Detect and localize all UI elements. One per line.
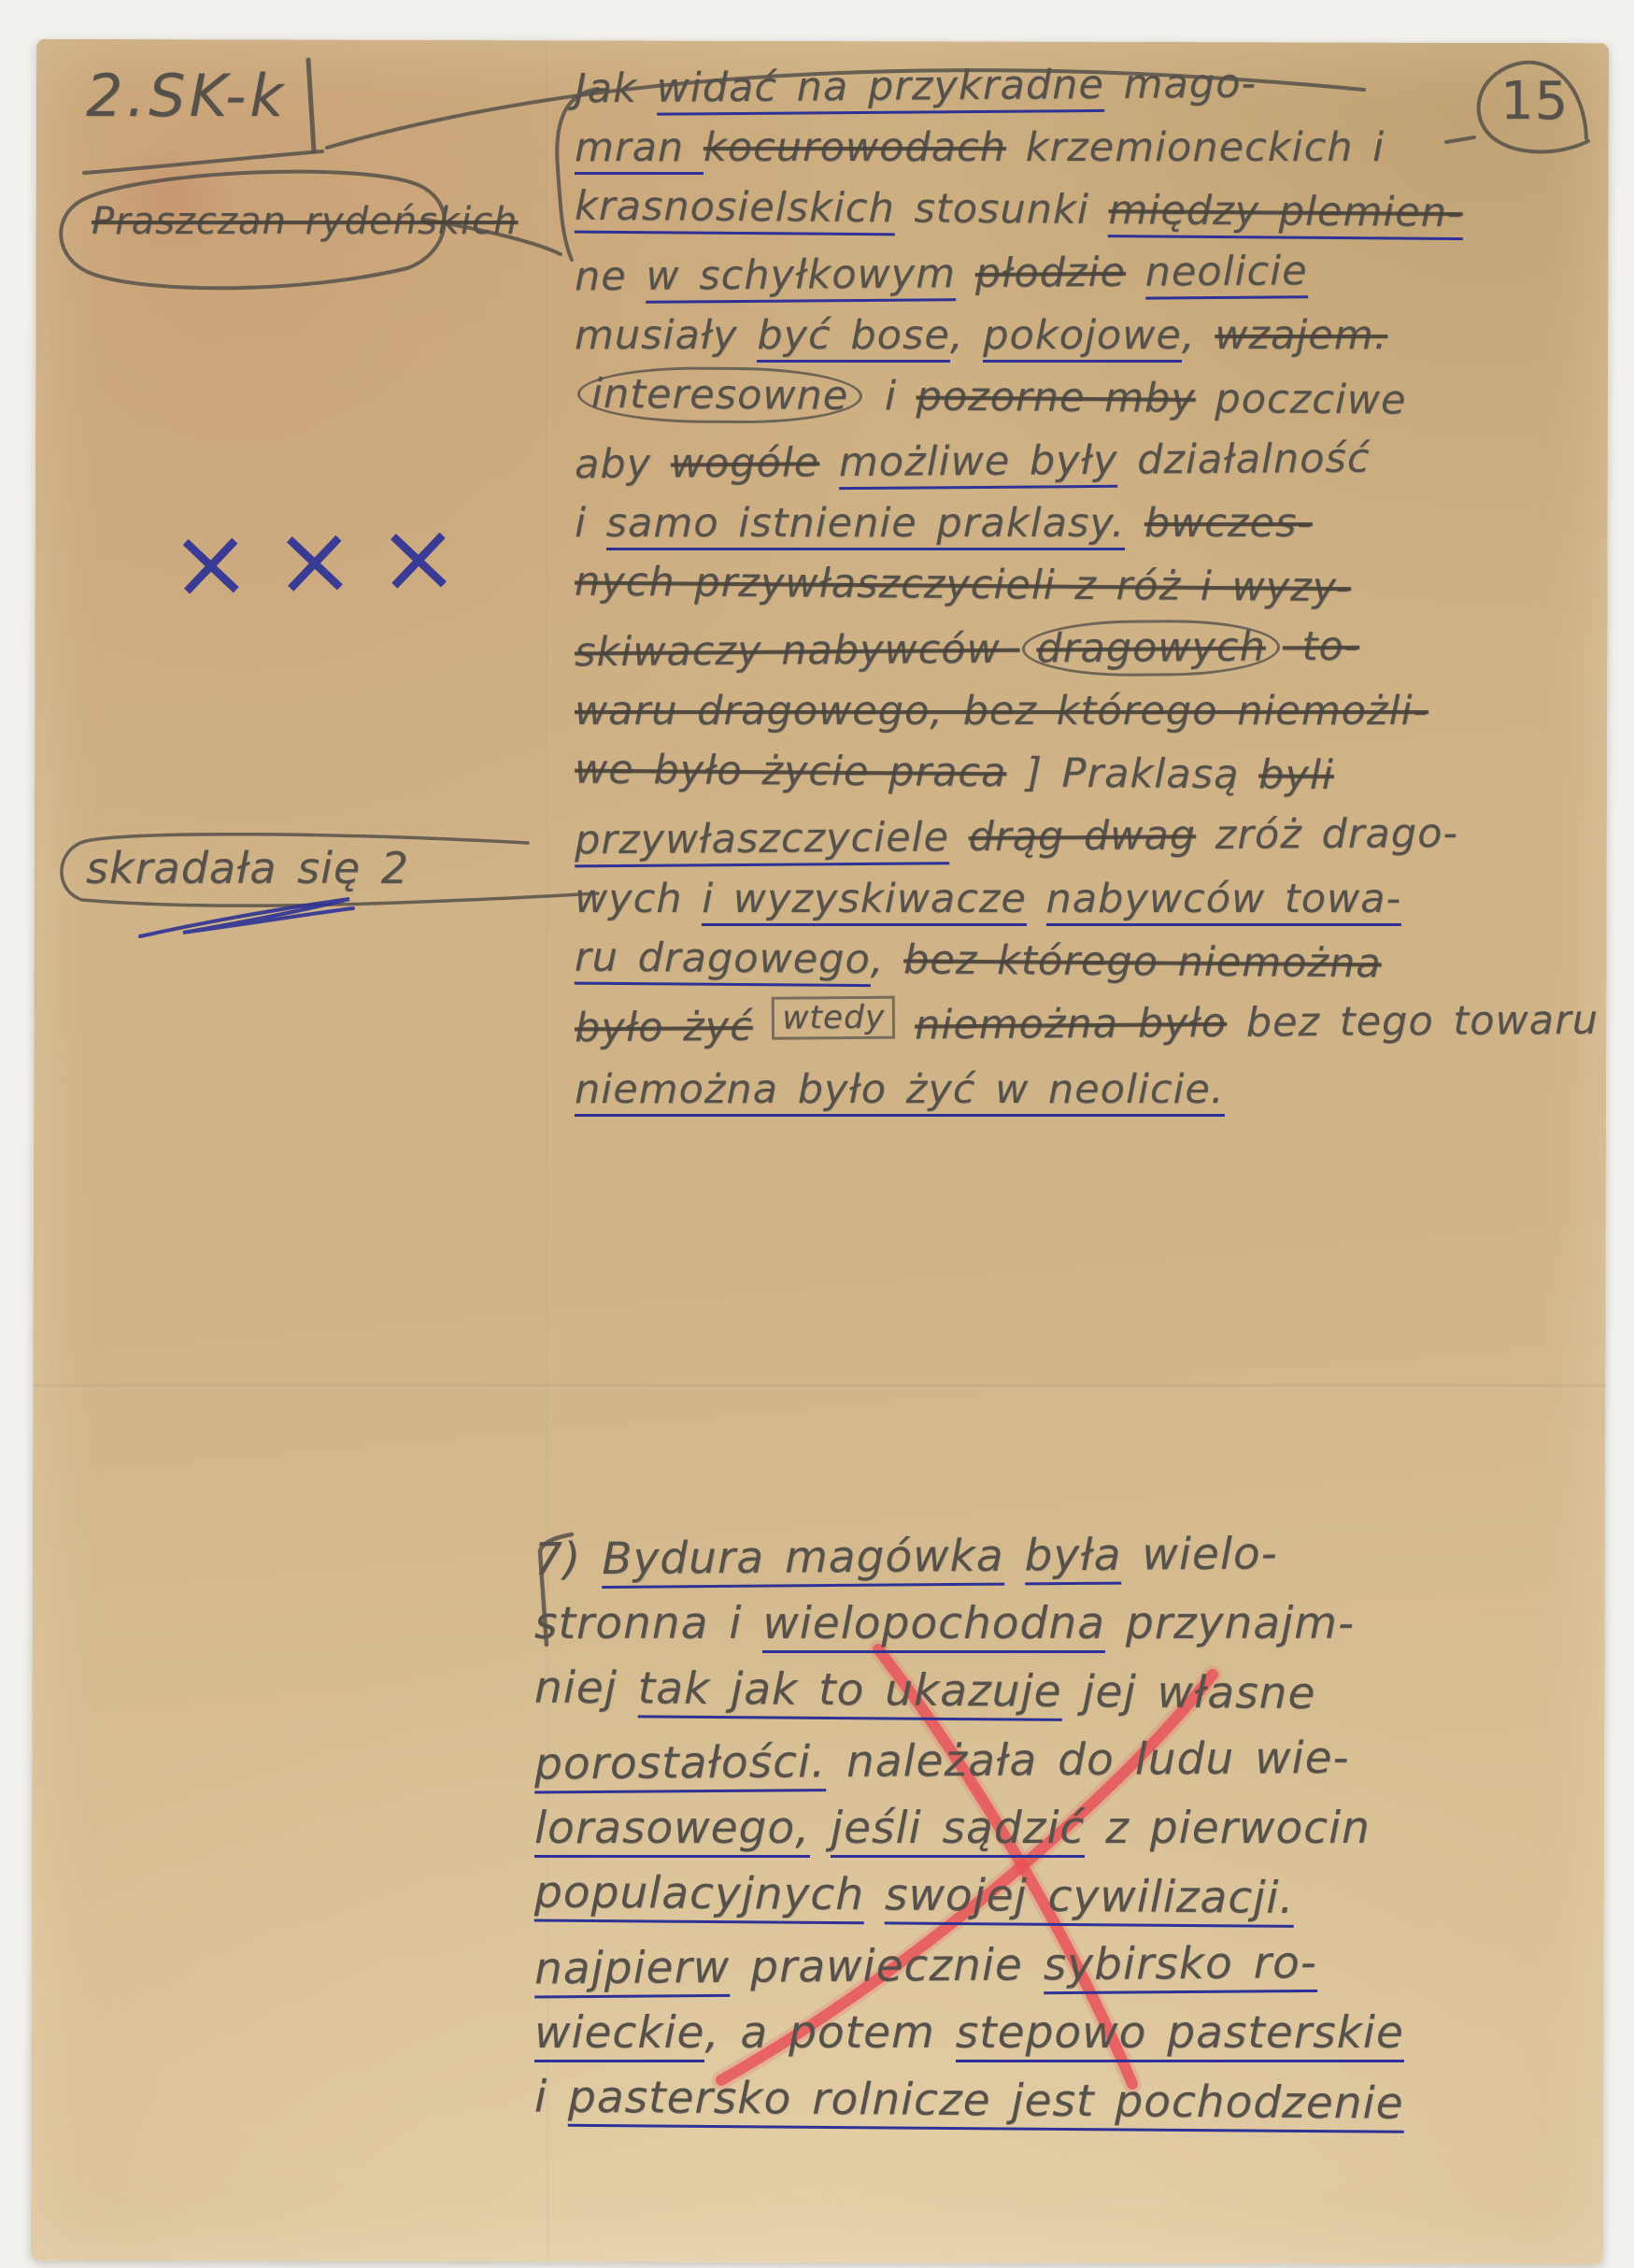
handwritten-segment: i — [534, 2071, 568, 2122]
struck-heading: Praszczan rydeńskich — [92, 200, 518, 243]
handwritten-segment: populacyjnych — [534, 1866, 864, 1924]
handwritten-segment: jej własne — [1061, 1666, 1315, 1719]
handwritten-segment: niej — [534, 1662, 638, 1714]
handwritten-segment: neolicie — [1144, 248, 1307, 299]
handwritten-line: Jak widać na przykradne mago- — [575, 50, 1613, 121]
handwritten-line: krasnosielskich stosunki między plemien- — [575, 176, 1613, 247]
handwritten-segment — [1003, 1530, 1024, 1581]
handwritten-segment: wieckie — [534, 2007, 704, 2062]
handwritten-segment: mago- — [1104, 61, 1257, 108]
handwritten-segment: prawiecznie — [730, 1939, 1044, 1993]
handwritten-segment: nabywców towa- — [1046, 876, 1402, 926]
handwritten-segment: swojej cywilizacji. — [885, 1869, 1295, 1927]
handwritten-segment: poczciwe — [1196, 376, 1407, 424]
handwritten-line: najpierw prawiecznie sybirsko ro- — [534, 1926, 1614, 2003]
handwritten-line: wych i wyzyskiwacze nabywców towa- — [575, 868, 1613, 931]
handwritten-segment: stronna i — [534, 1598, 762, 1649]
handwritten-segment: między plemien- — [1108, 187, 1462, 240]
handwritten-segment: drąg dwag — [968, 812, 1196, 861]
handwritten-segment: widać na przykradne — [656, 62, 1104, 116]
handwritten-segment: wych — [575, 876, 702, 922]
handwritten-segment: ] Praklasą — [1006, 749, 1258, 798]
handwritten-segment: pastersko rolnicze jest pochodzenie — [568, 2072, 1404, 2133]
handwritten-segment — [956, 250, 975, 297]
handwritten-segment: najpierw — [534, 1942, 731, 1999]
handwritten-segment: kocurowodach — [703, 124, 1006, 171]
handwritten-segment: mran — [575, 124, 703, 175]
handwritten-line: aby wogóle możliwe były działalność — [575, 426, 1613, 497]
handwritten-line: ne w schyłkowym płodzie neolicie — [575, 238, 1613, 309]
handwritten-segment: i — [575, 500, 606, 547]
handwritten-segment: i wyzyskiwacze — [702, 876, 1027, 926]
handwritten-segment: stosunki — [895, 185, 1109, 234]
handwritten-line: było żyć wtedy niemożna było bez tego to… — [575, 990, 1614, 1063]
handwritten-segment: przynajm- — [1105, 1598, 1355, 1649]
handwritten-segment: należała do ludu wie- — [826, 1733, 1350, 1788]
handwritten-segment: była — [1024, 1530, 1121, 1586]
handwritten-segment: 7) — [534, 1533, 603, 1586]
handwritten-line: porostałości. należała do ludu wie- — [534, 1721, 1614, 1798]
handwritten-segment: musiały — [575, 312, 757, 359]
handwritten-segment: wogóle — [671, 439, 820, 487]
handwritten-line: populacyjnych swojej cywilizacji. — [534, 1858, 1614, 1934]
upper-text-block: Jak widać na przykradne mago-mran kocuro… — [575, 54, 1613, 1121]
handwritten-segment: stepowo pasterskie — [956, 2007, 1404, 2062]
handwritten-line: niej tak jak to ukazuje jej własne — [534, 1653, 1614, 1730]
handwritten-segment: aby — [575, 441, 671, 489]
xxx-marks: ××× — [168, 499, 483, 621]
handwritten-segment: tak jak to ukazuje — [638, 1662, 1062, 1721]
handwritten-segment: krasnosielskich — [575, 183, 895, 236]
handwritten-segment: , a potem — [704, 2007, 955, 2059]
handwritten-segment: wtedy — [772, 996, 895, 1040]
handwritten-line: nych przywłaszczycieli z róż i wyzy- — [575, 551, 1613, 622]
handwritten-segment: to- — [1283, 623, 1360, 671]
handwritten-segment: działalność — [1117, 435, 1370, 484]
handwritten-line: 7) Bydura magówka była wielo- — [534, 1517, 1614, 1593]
handwritten-segment: samo istnienie praklasy. — [606, 500, 1126, 550]
handwritten-line: lorasowego, jeśli sądzić z pierwocin — [534, 1794, 1613, 1862]
handwritten-segment: pokojowe — [983, 312, 1182, 363]
handwritten-segment — [819, 439, 839, 486]
handwritten-segment: pozorne mby — [916, 374, 1196, 422]
handwritten-segment — [1027, 876, 1046, 922]
handwritten-segment: byli — [1258, 751, 1334, 799]
handwritten-segment: wielo- — [1121, 1528, 1278, 1580]
handwritten-segment: niemożna było — [915, 1000, 1227, 1049]
handwritten-segment: interesowne — [577, 366, 863, 424]
handwritten-segment: ne — [575, 253, 646, 301]
handwritten-line: wieckie, a potem stepowo pasterskie — [534, 1999, 1613, 2067]
handwritten-segment — [753, 1004, 773, 1050]
handwritten-segment: płodzie — [975, 250, 1127, 297]
photo-frame: 2.SK-k Praszczan rydeńskich ××× skradała… — [0, 0, 1634, 2268]
handwritten-segment — [895, 1003, 915, 1049]
handwritten-segment — [1125, 500, 1144, 547]
handwritten-segment: zróż drago- — [1196, 810, 1458, 859]
handwritten-line: we było życie praca ] Praklasą byli — [575, 739, 1613, 810]
handwritten-segment: przywłaszczyciele — [575, 814, 949, 867]
handwritten-line: interesowne i pozorne mby poczciwe — [575, 364, 1613, 435]
handwritten-segment: Jak — [575, 65, 657, 113]
lower-text-block: 7) Bydura magówka była wielo-stronna i w… — [534, 1521, 1613, 2135]
handwritten-line: waru dragowego, bez którego niemożli- — [575, 680, 1613, 743]
handwritten-segment: skiwaczy nabywców — [575, 626, 1020, 677]
handwritten-segment: Bydura magówka — [602, 1531, 1004, 1589]
handwritten-segment: możliwe były — [839, 437, 1118, 490]
handwritten-segment: wielopochodna — [762, 1598, 1105, 1653]
handwritten-segment: jeśli sądzić — [831, 1803, 1085, 1858]
handwritten-segment — [1126, 250, 1145, 296]
handwritten-line: i samo istnienie praklasy. bwczes- — [575, 492, 1613, 555]
handwritten-line: przywłaszczyciele drąg dwag zróż drago- — [575, 802, 1613, 873]
handwritten-segment: nych przywłaszczycieli z róż i wyzy- — [575, 559, 1351, 612]
handwritten-segment: w schyłkowym — [646, 250, 956, 304]
handwritten-segment: było żyć — [575, 1004, 753, 1051]
handwritten-line: skiwaczy nabywców dragowych to- — [575, 614, 1613, 685]
handwritten-segment: być bose — [757, 312, 950, 363]
handwritten-segment — [810, 1803, 831, 1854]
handwritten-segment: lorasowego, — [534, 1803, 810, 1858]
handwritten-segment: sybirsko ro- — [1044, 1937, 1317, 1994]
handwritten-line: ru dragowego, bez którego niemożna — [575, 927, 1613, 998]
handwritten-segment: , — [950, 312, 983, 359]
handwritten-segment: , — [871, 936, 904, 983]
red-ink-smudge — [73, 120, 269, 278]
handwritten-line: niemożna było żyć w neolicie. — [575, 1059, 1613, 1121]
handwritten-line: i pastersko rolnicze jest pochodzenie — [534, 2062, 1614, 2139]
handwritten-line: musiały być bose, pokojowe, wzajem. — [575, 305, 1613, 367]
handwritten-line: stronna i wielopochodna przynajm- — [534, 1590, 1613, 1658]
handwritten-segment: niemożna było żyć w neolicie. — [575, 1066, 1225, 1117]
handwritten-segment: bwczes- — [1144, 500, 1313, 547]
handwritten-line: mran kocurowodach krzemioneckich i — [575, 117, 1613, 179]
corner-code: 2.SK-k — [86, 62, 287, 130]
handwritten-segment: i — [865, 373, 916, 420]
handwritten-segment: ru dragowego — [575, 934, 871, 987]
handwritten-segment: z pierwocin — [1085, 1803, 1371, 1854]
handwritten-segment: bez którego niemożna — [903, 936, 1382, 987]
handwritten-segment — [949, 814, 969, 861]
handwritten-segment: porostałości. — [534, 1736, 826, 1793]
handwritten-segment: bez tego towaru — [1227, 997, 1598, 1047]
handwritten-segment: wzajem. — [1215, 312, 1387, 359]
handwritten-segment: waru dragowego, bez którego niemożli- — [575, 688, 1428, 735]
handwritten-segment — [864, 1869, 885, 1920]
handwritten-segment: we było życie praca — [575, 747, 1007, 797]
handwritten-segment: , — [1182, 312, 1215, 359]
margin-note: skradała się 2 — [86, 843, 409, 893]
handwritten-segment: krzemioneckich i — [1006, 124, 1385, 171]
handwritten-segment: dragowych — [1022, 619, 1280, 677]
